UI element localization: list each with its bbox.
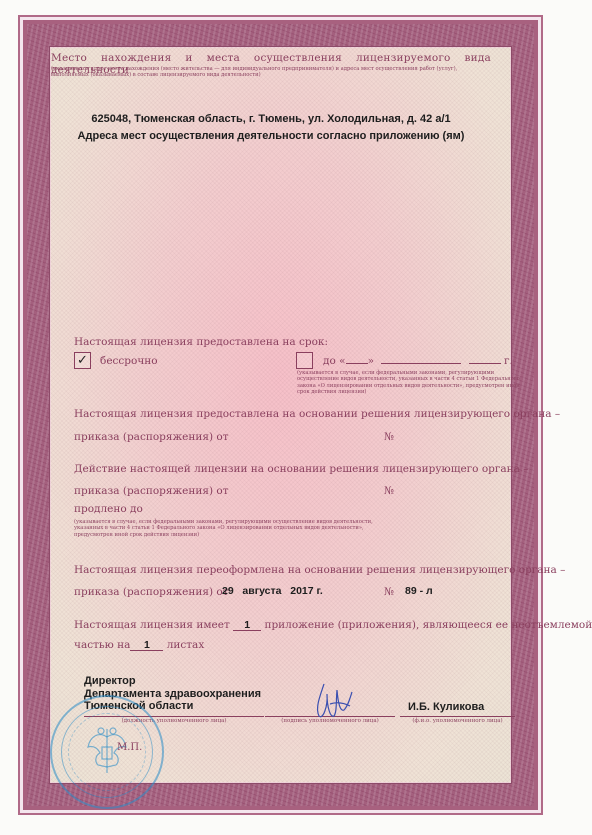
appendix-pages-before: частью на [74,639,130,651]
until-note: (указывается в случае, если федеральными… [297,370,525,396]
until-quote-close: » [368,355,374,367]
extended-number-label: № [384,485,394,497]
until-year-blank [469,363,501,364]
appendix-text-after: приложение (приложения), являющееся ее н… [264,619,592,631]
reissued-order-label: приказа (распоряжения) от [74,586,229,598]
appendix-line: Настоящая лицензия имеет 1 приложение (п… [74,619,592,631]
extended-until-label: продлено до [74,503,143,515]
stamp-placeholder-label: М.П. [117,742,142,753]
reissued-date: 29 августа 2017 г. [222,585,323,597]
indefinite-label: бессрочно [100,355,158,367]
granted-order-label: приказа (распоряжения) от [74,431,229,443]
granted-number-label: № [384,431,394,443]
until-day-blank [346,363,368,364]
granted-heading: Настоящая лицензия предоставлена на осно… [74,408,560,420]
appendix-pages-after: листах [167,639,205,651]
handwritten-signature-icon [310,676,360,726]
name-line [400,716,515,717]
appendix-pages: 1 [130,640,163,651]
check-icon: ✓ [77,353,88,368]
term-heading: Настоящая лицензия предоставлена на срок… [74,336,328,348]
until-field: до «» г. [323,355,513,367]
appendix-text-before: Настоящая лицензия имеет [74,619,230,631]
name-caption: (ф.и.о. уполномоченного лица) [400,718,515,724]
reissued-number: 89 - л [405,585,433,597]
extended-note: (указывается в случае, если федеральными… [74,519,374,538]
reissued-heading: Настоящая лицензия переоформлена на осно… [74,564,565,576]
extended-order-label: приказа (распоряжения) от [74,485,229,497]
until-prefix: до « [323,355,346,367]
until-suffix: г. [504,355,513,367]
signatory-name: И.Б. Куликова [408,701,484,713]
appendix-pages-line: частью на1 листах [74,639,204,651]
location-note: (указываются адрес места нахождения (мес… [51,66,491,79]
address-line-2: Адреса мест осуществления деятельности с… [51,130,491,142]
reissued-number-label: № [384,586,394,598]
indefinite-checkbox[interactable]: ✓ [74,352,91,369]
official-stamp [50,695,164,809]
until-checkbox[interactable] [296,352,313,369]
extended-heading: Действие настоящей лицензии на основании… [74,463,528,475]
appendix-count: 1 [233,620,261,631]
position-line-1: Директор [84,675,261,688]
address-line-1: 625048, Тюменская область, г. Тюмень, ул… [51,113,491,125]
until-month-blank [381,363,461,364]
